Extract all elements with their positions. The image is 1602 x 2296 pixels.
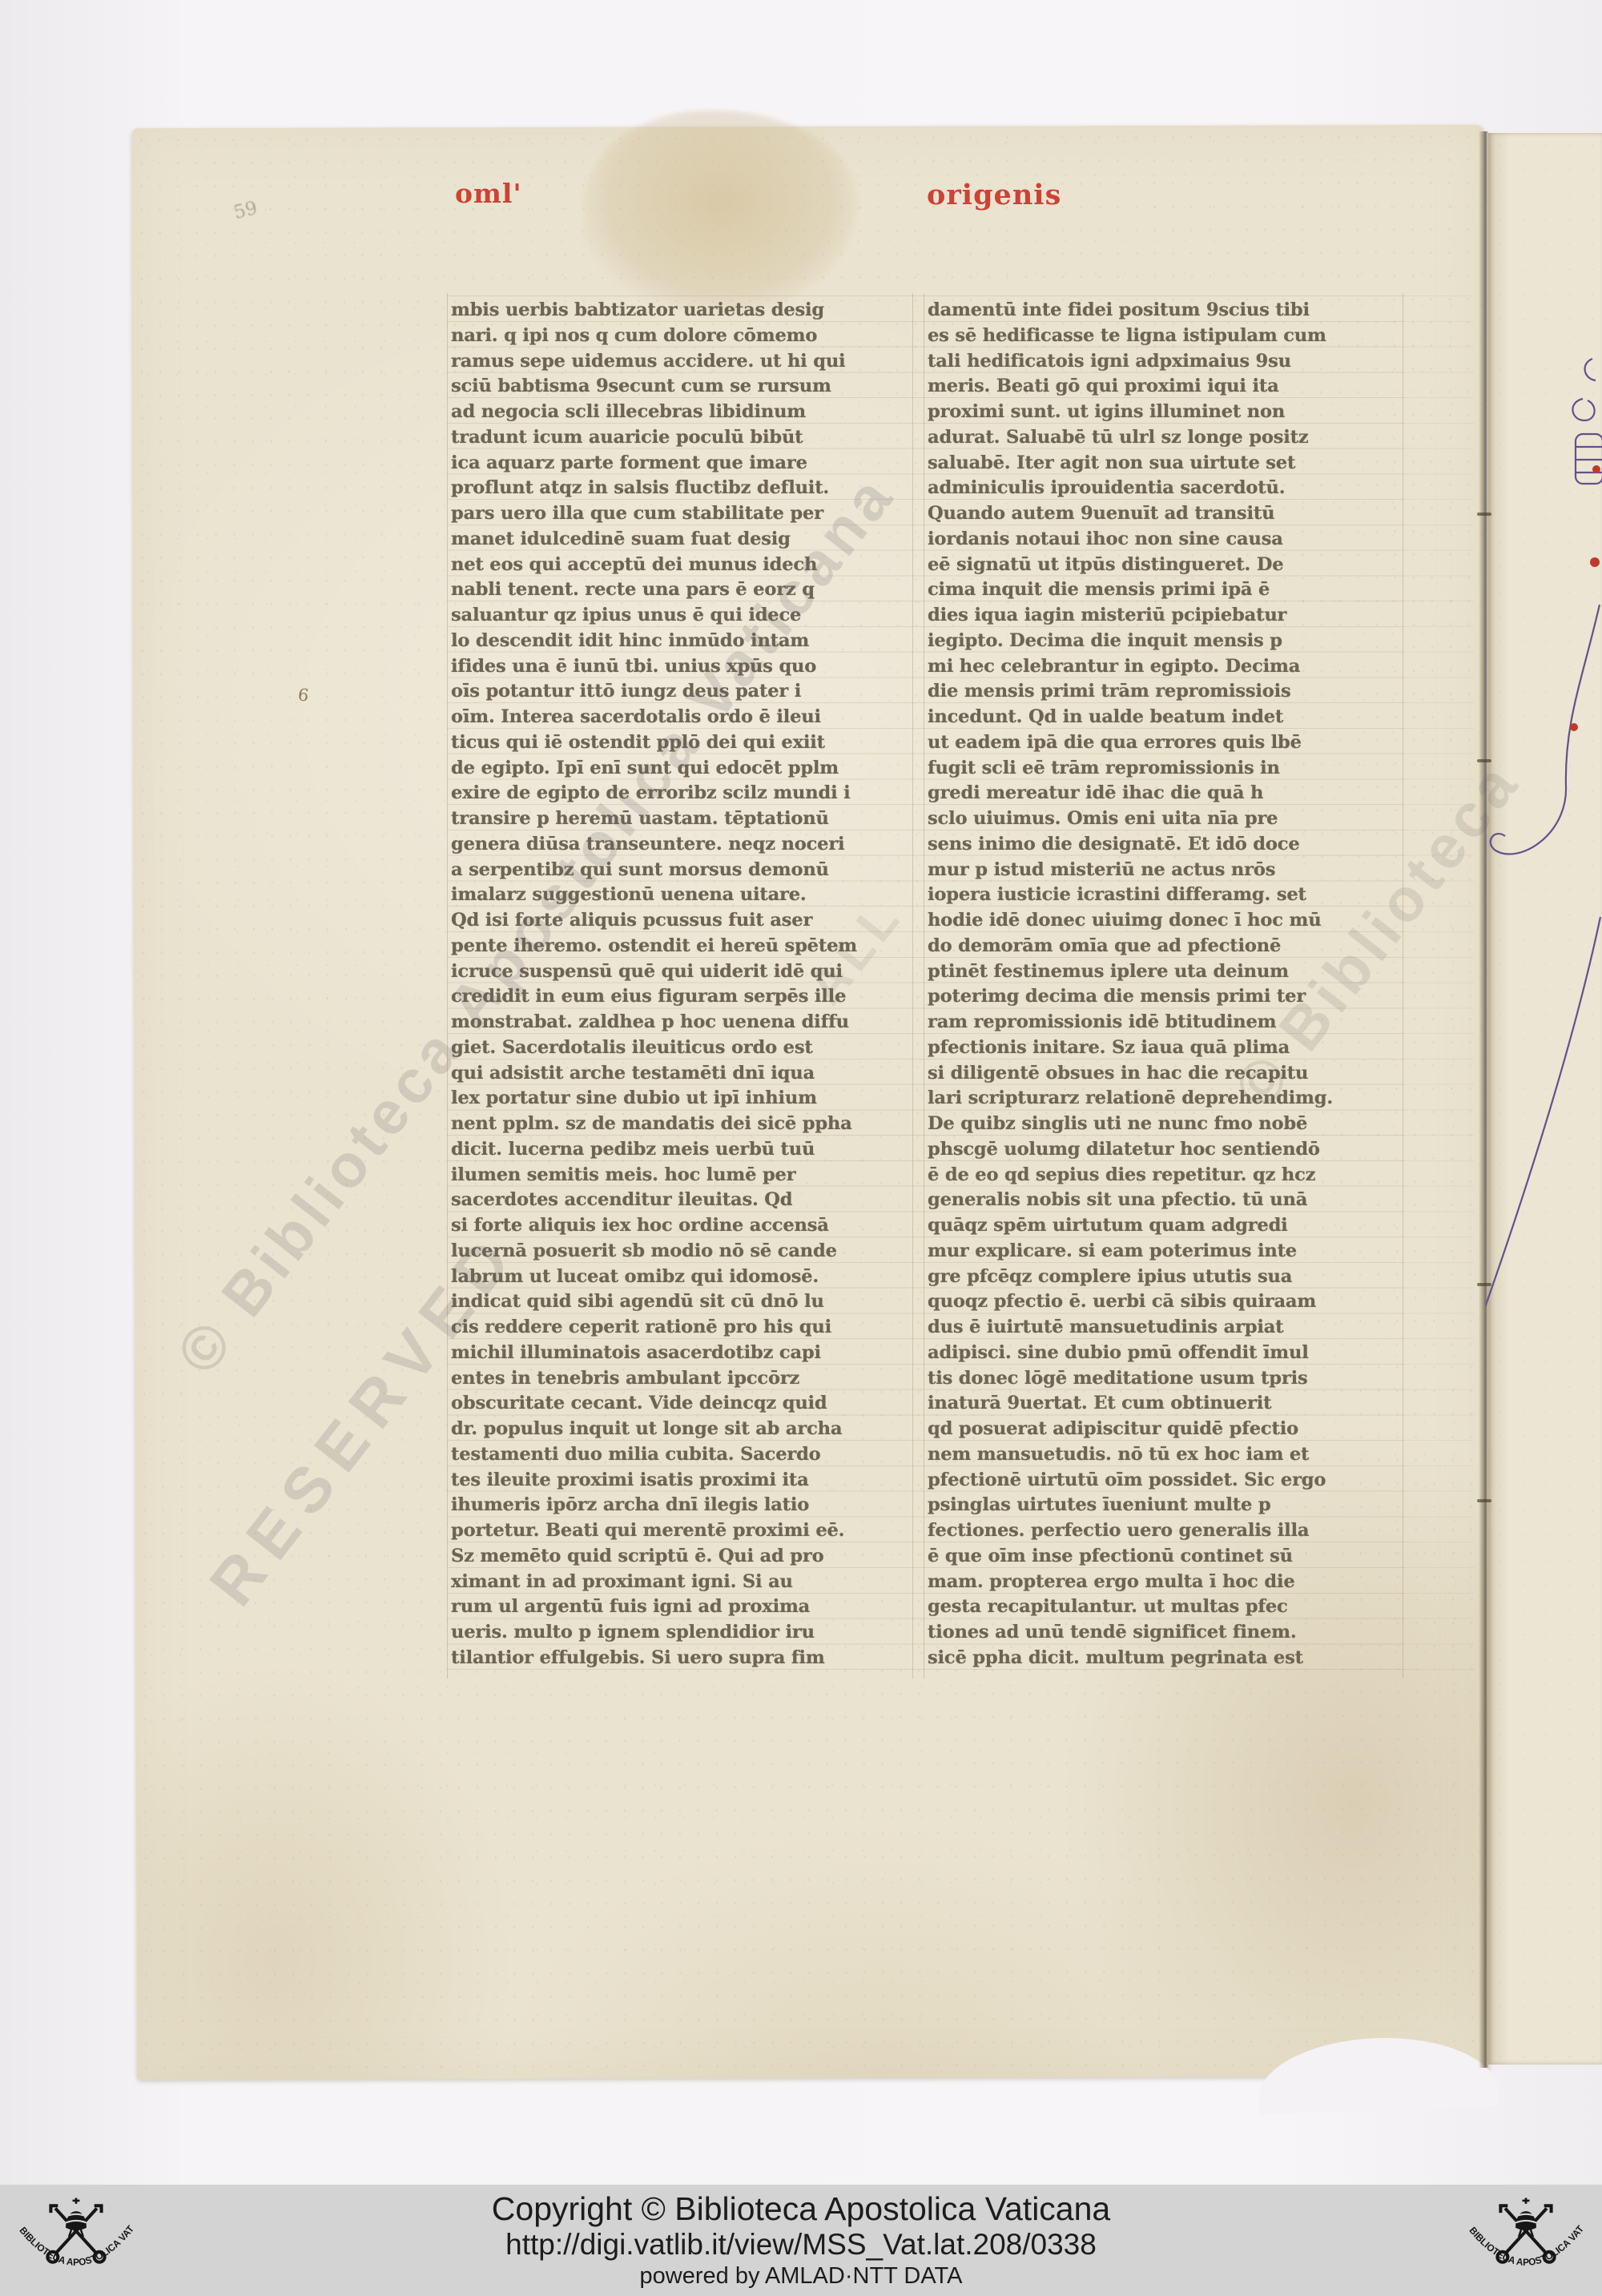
rubric-left: oml' [455, 178, 522, 209]
manuscript-line: ximant in ad proximant igni. Si au [451, 1570, 912, 1595]
manuscript-line: ē de eo qd sepius dies repetitur. qz hcz [928, 1163, 1402, 1188]
manuscript-line: ilumen semitis meis. hoc lumē per [451, 1163, 912, 1188]
manuscript-line: nari. q ipi nos q cum dolore cōmemo [451, 324, 912, 349]
footer-text: Copyright © Biblioteca Apostolica Vatica… [141, 2190, 1461, 2290]
manuscript-line: a serpentibz qui sunt morsus demonū [451, 858, 912, 883]
rubric-right: origenis [927, 179, 1061, 211]
column-rule [924, 293, 924, 1679]
manuscript-line: lo descendit idit hinc inmūdo intam [451, 629, 912, 654]
manuscript-line: fugit scli eē trām repromissionis in [928, 756, 1402, 782]
manuscript-line: si forte aliquis iex hoc ordine accensā [451, 1213, 912, 1239]
manuscript-line: phscgē uolumg dilatetur hoc sentiendō [928, 1137, 1402, 1163]
manuscript-line: obscuritate cecant. Vide deincqz quid [451, 1391, 912, 1417]
manuscript-line: dicit. lucerna pedibz meis uerbū tuū [451, 1137, 912, 1163]
manuscript-line: tes ileuite proximi isatis proximi ita [451, 1468, 912, 1494]
binding-stitch [1477, 1499, 1491, 1502]
manuscript-line: fectiones. perfectio uero generalis illa [928, 1518, 1402, 1544]
manuscript-line: proximi sunt. ut igins illuminet non [928, 400, 1402, 425]
manuscript-line: gre pfcēqz complere ipius ututis sua [928, 1265, 1402, 1290]
manuscript-line: rum ul argentū fuis igni ad proxima [451, 1594, 912, 1620]
manuscript-line: tradunt icum auaricie poculū bibūt [451, 425, 912, 451]
manuscript-line: ifides una ē iunū tbi. unius xpūs quo [451, 654, 912, 680]
parchment-stain [583, 111, 857, 312]
manuscript-line: meris. Beati gō qui proximi iqui ita [928, 374, 1402, 400]
manuscript-line: qui adsistit arche testamēti dnī iqua [451, 1061, 912, 1087]
manuscript-line: Sz memēto quid scriptū ē. Qui ad pro [451, 1544, 912, 1570]
manuscript-line: entes in tenebris ambulant ipccōrz [451, 1366, 912, 1392]
manuscript-line: sclo uiuimus. Omis eni uita nīa pre [928, 806, 1402, 832]
manuscript-line: adminiculis iprouidentia sacerdotū. [928, 476, 1402, 501]
manuscript-line: adurat. Saluabē tū ulrl sz longe positz [928, 425, 1402, 451]
manuscript-line: ihumeris ipōrz archa dnī ilegis latio [451, 1493, 912, 1518]
manuscript-line: michil illuminatois asacerdotibz capi [451, 1341, 912, 1366]
manuscript-line: cima inquit die mensis primi ipā ē [928, 577, 1402, 603]
manuscript-line: adipisci. sine dubio pmū offendit īmul [928, 1341, 1402, 1366]
manuscript-line: dr. populus inquit ut longe sit ab archa [451, 1417, 912, 1442]
footer-url: http://digi.vatlib.it/view/MSS_Vat.lat.2… [141, 2227, 1461, 2262]
manuscript-line: mam. propterea ergo multa ī hoc die [928, 1570, 1402, 1595]
manuscript-line: pfectionē uirtutū oīm possidet. Sic ergo [928, 1468, 1402, 1494]
manuscript-line: lari scripturarz relationē deprehendimg. [928, 1086, 1402, 1112]
manuscript-line: gredi mereatur idē ihac die quā h [928, 781, 1402, 806]
vatican-library-emblem-icon: BIBLIOTECA APOSTOLICA VATICANA [1461, 2189, 1591, 2292]
manuscript-line: gesta recapitulantur. ut multas pfec [928, 1594, 1402, 1620]
digitized-manuscript-scan: { "scan": { "rubric_left": "oml'", "rubr… [0, 0, 1602, 2296]
manuscript-line: generalis nobis sit una pfectio. tū unā [928, 1188, 1402, 1213]
footer-powered-by: powered by AMLAD·NTT DATA [141, 2262, 1461, 2290]
manuscript-line: inaturā 9uertat. Et cum obtinuerit [928, 1391, 1402, 1417]
manuscript-line: transire p heremū uastam. tēptationū [451, 806, 912, 832]
manuscript-line: tali hedificatois igni adpximaius 9su [928, 349, 1402, 375]
manuscript-line: incedunt. Qd in ualde beatum indet [928, 705, 1402, 730]
footer-bar: BIBLIOTECA APOSTOLICA VATICANA Copyright… [0, 2185, 1602, 2296]
manuscript-line: mur explicare. si eam poterimus inte [928, 1239, 1402, 1265]
manuscript-line: die mensis primi trām repromissiois [928, 679, 1402, 705]
manuscript-line: mur p istud misteriū ne actus nrōs [928, 858, 1402, 883]
manuscript-line: quoqz pfectio ē. uerbi cā sibis quiraam [928, 1289, 1402, 1315]
manuscript-line: iegipto. Decima die inquit mensis p [928, 629, 1402, 654]
vatican-library-emblem-icon: BIBLIOTECA APOSTOLICA VATICANA [11, 2189, 141, 2292]
manuscript-line: giet. Sacerdotalis ileuiticus ordo est [451, 1035, 912, 1061]
manuscript-line: ica aquarz parte forment que imare [451, 451, 912, 476]
manuscript-line: dies iqua iagin misteriū pcipiebatur [928, 603, 1402, 629]
manuscript-line: eē signatū ut itpūs distingueret. De [928, 553, 1402, 578]
manuscript-line: nent pplm. sz de mandatis dei sicē ppha [451, 1112, 912, 1137]
manuscript-line: mi hec celebrantur in egipto. Decima [928, 654, 1402, 680]
manuscript-line: sens inimo die designatē. Et idō doce [928, 832, 1402, 858]
manuscript-line: indicat quid sibi agendū sit cū dnō lu [451, 1289, 912, 1315]
manuscript-line: es sē hedificasse te ligna istipulam cum [928, 324, 1402, 349]
manuscript-line: damentū inte fidei positum 9scius tibi [928, 298, 1402, 324]
manuscript-line: ut eadem ipā die qua errores quis lbē [928, 730, 1402, 756]
manuscript-line: iordanis notaui ihoc non sine causa [928, 527, 1402, 553]
manuscript-line: sacerdotes accenditur ileuitas. Qd [451, 1188, 912, 1213]
manuscript-line: ē que oīm inse pfectionū continet sū [928, 1544, 1402, 1570]
manuscript-line: ad negocia scli illecebras libidinum [451, 400, 912, 425]
manuscript-line: Quando autem 9uenuīt ad transitū [928, 501, 1402, 527]
footer-copyright: Copyright © Biblioteca Apostolica Vatica… [141, 2190, 1461, 2227]
manuscript-line: quāqz spēm uirtutum quam adgredi [928, 1213, 1402, 1239]
manuscript-line: saluantur qz ipius unus ē qui idece [451, 603, 912, 629]
manuscript-line: portetur. Beati qui merentē proximi eē. [451, 1518, 912, 1544]
manuscript-line: mbis uerbis babtizator uarietas desig [451, 298, 912, 324]
manuscript-line: nem mansuetudis. nō tū ex hoc iam et [928, 1442, 1402, 1468]
manuscript-line: tiones ad unū tendē significet finem. [928, 1620, 1402, 1646]
column-rule [912, 293, 913, 1679]
manuscript-line: ueris. multo p ignem splendidior iru [451, 1620, 912, 1646]
margin-ruling-lines [1405, 296, 1474, 1675]
manuscript-line: De quibz singlis uti ne nunc fmo nobē [928, 1112, 1402, 1137]
manuscript-line: qd posuerat adipiscitur quidē pfectio [928, 1417, 1402, 1442]
manuscript-line: psinglas uirtutes īueniunt multe p [928, 1493, 1402, 1518]
manuscript-line: ramus sepe uidemus accidere. ut hi qui [451, 349, 912, 375]
manuscript-line: tilantior effulgebis. Si uero supra fim [451, 1646, 912, 1671]
manuscript-line: sicē ppha dicit. multum pegrinata est [928, 1646, 1402, 1671]
manuscript-line: hodie idē donec uiuimg donec ī hoc mū [928, 908, 1402, 934]
manuscript-line: iopera iusticie icrastini differamg. set [928, 883, 1402, 908]
column-rule [1403, 293, 1403, 1679]
manuscript-line: cis reddere ceperit rationē pro his qui [451, 1315, 912, 1341]
manuscript-line: si diligentē obsues in hac die recapitu [928, 1061, 1402, 1087]
manuscript-line: dus ē iuirtutē mansuetudinis arpiat [928, 1315, 1402, 1341]
manuscript-line: tis donec lōgē meditatione usum tpris [928, 1366, 1402, 1392]
manuscript-line: saluabē. Iter agit non sua uirtute set [928, 451, 1402, 476]
manuscript-line: sciū babtisma 9secunt cum se rursum [451, 374, 912, 400]
manuscript-line: testamenti duo milia cubita. Sacerdo [451, 1442, 912, 1468]
manuscript-line: lex portatur sine dubio ut ipī inhium [451, 1086, 912, 1112]
manuscript-line: genera diūsa transeuntere. neqz noceri [451, 832, 912, 858]
